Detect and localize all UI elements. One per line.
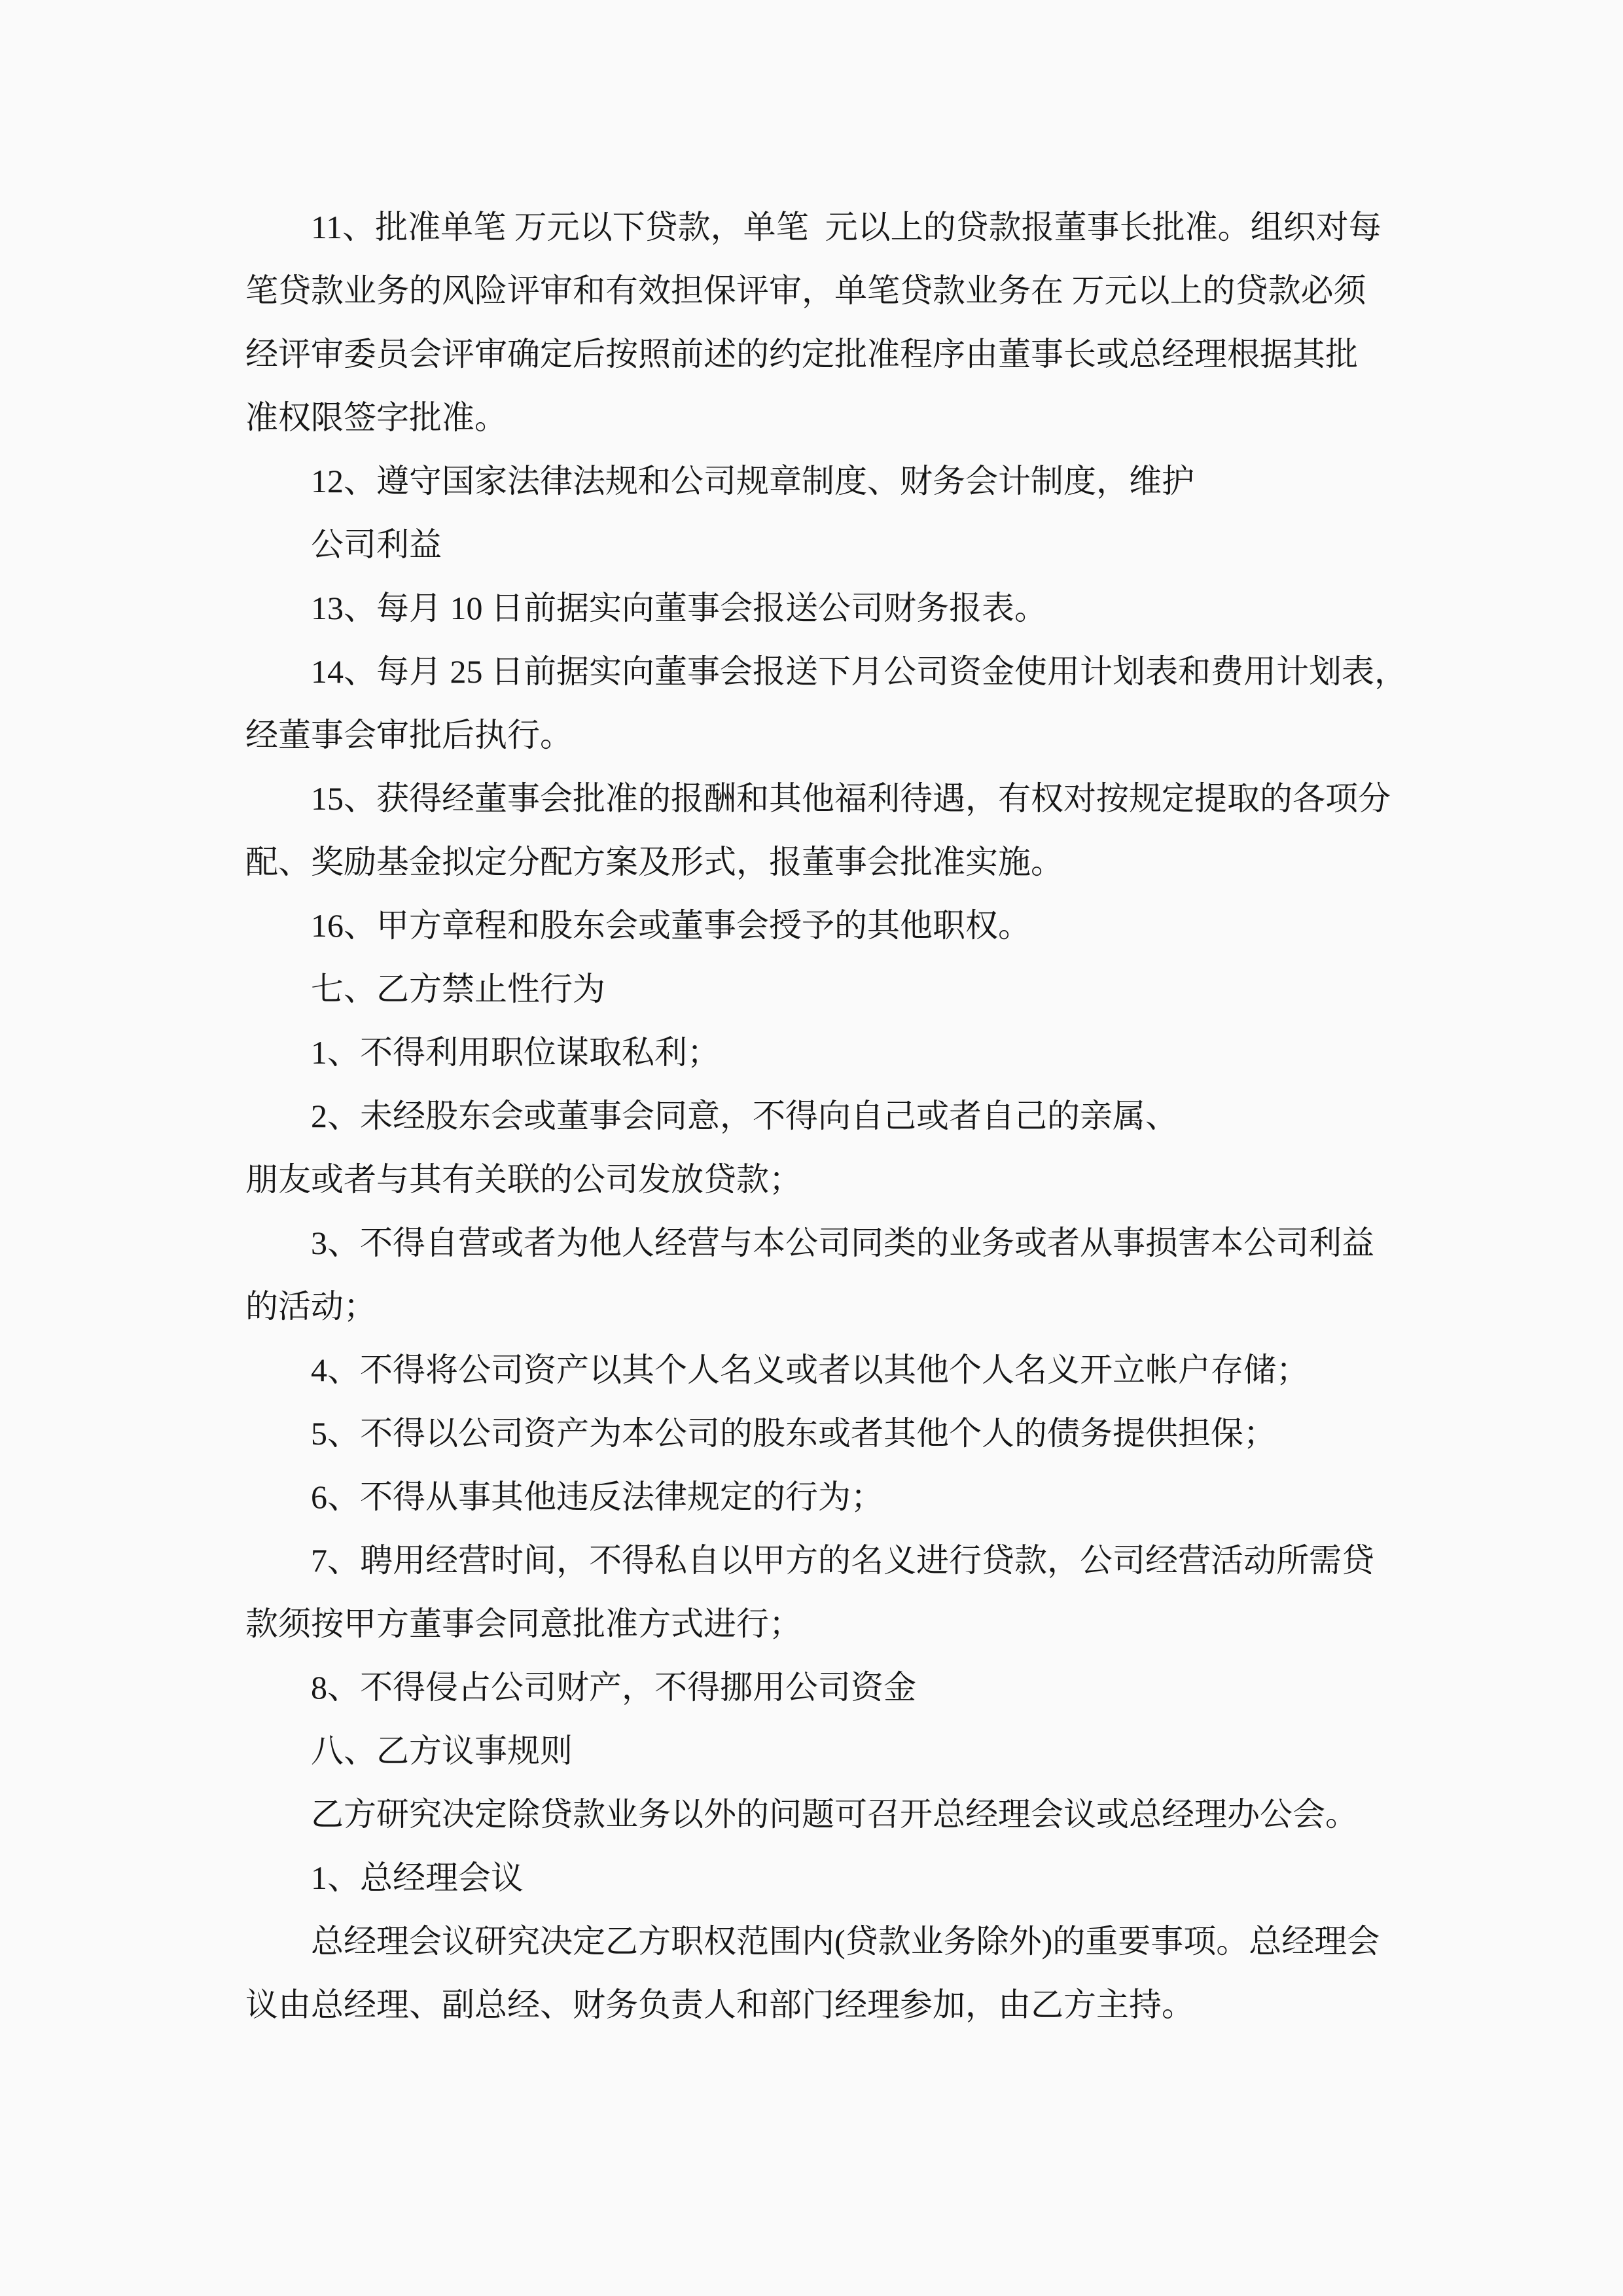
text-line: 6、不得从事其他违反法律规定的行为； <box>245 1465 1378 1529</box>
text-line: 准权限签字批准。 <box>245 386 1378 450</box>
text-line: 公司利益 <box>245 513 1378 577</box>
text-line: 七、乙方禁止性行为 <box>245 958 1378 1021</box>
text-line: 14、每月 25 日前据实向董事会报送下月公司资金使用计划表和费用计划表， <box>245 640 1378 704</box>
text-line: 12、遵守国家法律法规和公司规章制度、财务会计制度，维护 <box>245 450 1378 513</box>
text-line: 乙方研究决定除贷款业务以外的问题可召开总经理会议或总经理办公会。 <box>245 1783 1378 1846</box>
text-line: 1、总经理会议 <box>245 1846 1378 1910</box>
text-line: 16、甲方章程和股东会或董事会授予的其他职权。 <box>245 894 1378 958</box>
text-line: 8、不得侵占公司财产，不得挪用公司资金 <box>245 1656 1378 1719</box>
text-line: 笔贷款业务的风险评审和有效担保评审，单笔贷款业务在 万元以上的贷款必须 <box>245 259 1378 323</box>
text-line: 议由总经理、副总经、财务负责人和部门经理参加，由乙方主持。 <box>245 1973 1378 2037</box>
text-line: 1、不得利用职位谋取私利； <box>245 1021 1378 1085</box>
contract-text-block: 11、批准单笔 万元以下贷款，单笔 元以上的贷款报董事长批准。组织对每笔贷款业务… <box>245 196 1378 2037</box>
text-line: 4、不得将公司资产以其个人名义或者以其他个人名义开立帐户存储； <box>245 1338 1378 1402</box>
text-line: 配、奖励基金拟定分配方案及形式，报董事会批准实施。 <box>245 831 1378 894</box>
text-line: 经评审委员会评审确定后按照前述的约定批准程序由董事长或总经理根据其批 <box>245 323 1378 386</box>
text-line: 11、批准单笔 万元以下贷款，单笔 元以上的贷款报董事长批准。组织对每 <box>245 196 1378 259</box>
text-line: 13、每月 10 日前据实向董事会报送公司财务报表。 <box>245 577 1378 640</box>
text-line: 经董事会审批后执行。 <box>245 704 1378 767</box>
document-page: 11、批准单笔 万元以下贷款，单笔 元以上的贷款报董事长批准。组织对每笔贷款业务… <box>0 0 1623 2296</box>
text-line: 款须按甲方董事会同意批准方式进行； <box>245 1592 1378 1656</box>
text-line: 7、聘用经营时间，不得私自以甲方的名义进行贷款，公司经营活动所需贷 <box>245 1529 1378 1592</box>
text-line: 八、乙方议事规则 <box>245 1719 1378 1783</box>
text-line: 5、不得以公司资产为本公司的股东或者其他个人的债务提供担保； <box>245 1402 1378 1465</box>
text-line: 总经理会议研究决定乙方职权范围内(贷款业务除外)的重要事项。总经理会 <box>245 1910 1378 1973</box>
text-line: 3、不得自营或者为他人经营与本公司同类的业务或者从事损害本公司利益 <box>245 1211 1378 1275</box>
text-line: 的活动； <box>245 1275 1378 1338</box>
text-line: 2、未经股东会或董事会同意，不得向自己或者自己的亲属、 <box>245 1085 1378 1148</box>
text-line: 朋友或者与其有关联的公司发放贷款； <box>245 1148 1378 1211</box>
text-line: 15、获得经董事会批准的报酬和其他福利待遇，有权对按规定提取的各项分 <box>245 767 1378 831</box>
